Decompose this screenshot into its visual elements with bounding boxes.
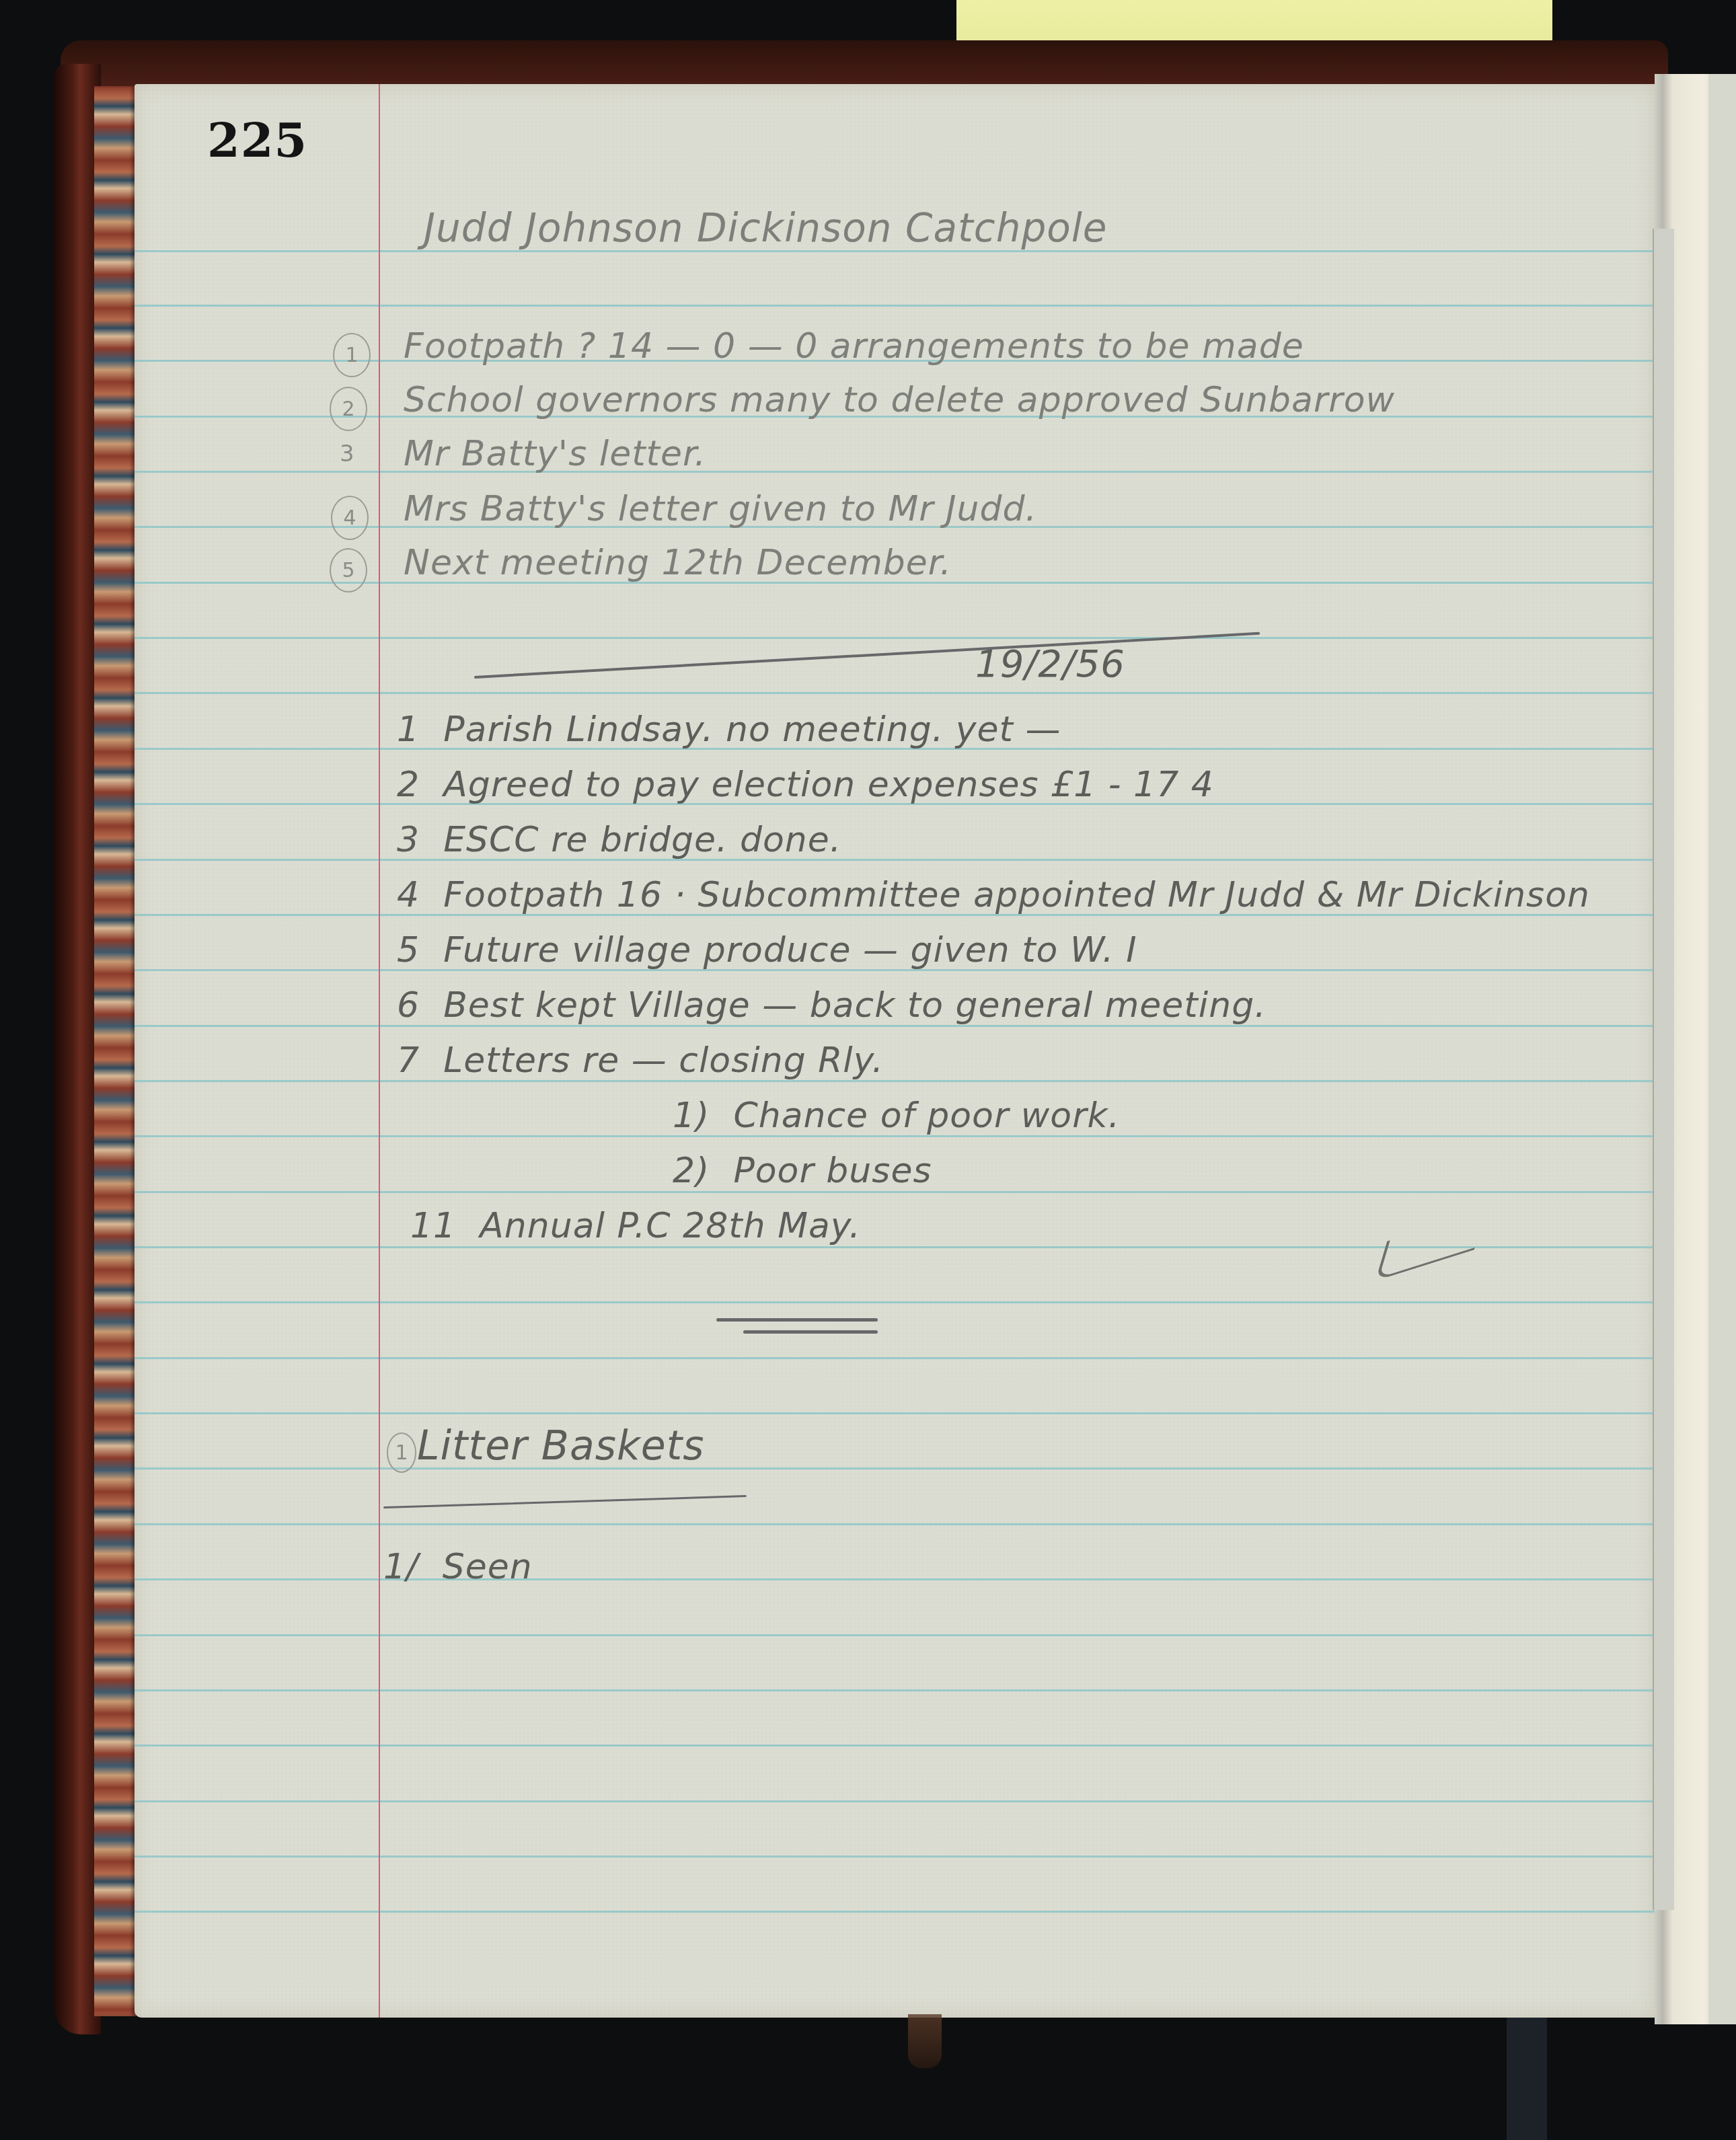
section2-item-2: 2 Agreed to pay election expenses £1 - 1… [397, 765, 1214, 805]
cover-fray [908, 2014, 942, 2068]
section3-item-1: 1/ Seen [383, 1547, 533, 1587]
ruled-line [135, 1301, 1655, 1303]
section2-item-5: 5 Future village produce — given to W. I [397, 930, 1137, 970]
ruled-line [135, 859, 1655, 861]
item-text: Future village produce — given to W. I [443, 930, 1137, 970]
ruled-line [135, 1357, 1655, 1359]
section2-item-6: 6 Best kept Village — back to general me… [397, 985, 1267, 1026]
number-3: 3 [340, 441, 354, 467]
ruled-line [135, 305, 1655, 307]
double-rule-top [716, 1318, 878, 1322]
checkmark-icon [1375, 1210, 1486, 1281]
item-marker: 5 [397, 930, 420, 970]
ruled-line [135, 1191, 1655, 1193]
circled-number-4: 4 [331, 496, 369, 540]
item-marker: 2 [397, 765, 420, 805]
circled-number-2: 2 [330, 387, 367, 431]
section1-item-3: Mr Batty's letter. [404, 434, 706, 474]
attendees-line: Judd Johnson Dickinson Catchpole [424, 205, 1108, 251]
item-marker: 4 [397, 875, 420, 915]
ruled-line [135, 1800, 1655, 1802]
separator-stroke [474, 632, 1260, 679]
book-cover-top [61, 40, 1668, 87]
ruled-line [135, 1412, 1655, 1414]
item-marker: 7 [397, 1040, 420, 1081]
item-text: Letters re — closing Rly. [443, 1040, 884, 1081]
item-text: Best kept Village — back to general meet… [443, 985, 1267, 1026]
section1-item-5: Next meeting 12th December. [404, 543, 952, 583]
page-number: 225 [207, 112, 307, 168]
circled-number-5: 5 [330, 548, 367, 593]
ruled-line [135, 1745, 1655, 1747]
circled-number-1: 1 [333, 333, 371, 377]
section3-heading: Litter Baskets [417, 1422, 704, 1469]
section1-item-2: School governors many to delete approved… [404, 380, 1395, 420]
item-text: Chance of poor work. [733, 1096, 1120, 1136]
ruled-line [135, 1689, 1655, 1691]
heading-underline [383, 1495, 747, 1508]
item-marker: 2) [673, 1151, 710, 1191]
section2-item-3: 3 ESCC re bridge. done. [397, 820, 841, 860]
circled-number-1: 1 [387, 1432, 416, 1473]
item-text: Footpath 16 · Subcommittee appointed Mr … [443, 875, 1590, 915]
ruled-line [135, 1523, 1655, 1525]
item-text: Poor buses [733, 1151, 932, 1191]
book-strap [1507, 2018, 1547, 2140]
section2-item-4: 4 Footpath 16 · Subcommittee appointed M… [397, 875, 1590, 915]
item-text: Annual P.C 28th May. [480, 1206, 861, 1246]
ruled-line [135, 471, 1655, 473]
item-marker: 3 [397, 820, 420, 860]
meeting-date: 19/2/56 [975, 642, 1125, 686]
item-text: Parish Lindsay. no meeting. yet — [443, 710, 1061, 750]
item-marker: 11 [410, 1206, 456, 1246]
item-text: ESCC re bridge. done. [443, 820, 841, 860]
item-marker: 1) [673, 1096, 710, 1136]
section2-item-1: 1 Parish Lindsay. no meeting. yet — [397, 710, 1061, 750]
section2-subitem-2: 2) Poor buses [673, 1151, 932, 1191]
section2-item-7: 7 Letters re — closing Rly. [397, 1040, 884, 1081]
marbled-page-edges [94, 86, 136, 2016]
section1-item-1: Footpath ? 14 — 0 — 0 arrangements to be… [404, 326, 1304, 367]
ruled-line [135, 1578, 1655, 1580]
item-marker: 1/ [383, 1547, 419, 1587]
item-text: Agreed to pay election expenses £1 - 17 … [443, 765, 1214, 805]
red-margin-line [379, 84, 380, 2018]
section1-item-4: Mrs Batty's letter given to Mr Judd. [404, 489, 1037, 529]
ruled-line [135, 1634, 1655, 1636]
ruled-line [135, 1911, 1655, 1913]
item-marker: 1 [397, 710, 420, 750]
double-rule-bottom [743, 1330, 878, 1334]
section2-item-11: 11 Annual P.C 28th May. [410, 1206, 861, 1246]
notebook-page: 225 Judd Johnson Dickinson Catchpole 1 F… [135, 84, 1655, 2018]
ruled-line [135, 637, 1655, 639]
bookmark-ribbon [1653, 229, 1674, 1910]
item-marker: 6 [397, 985, 420, 1026]
ruled-line [135, 692, 1655, 694]
ruled-line [135, 1856, 1655, 1858]
ruled-line [135, 1080, 1655, 1082]
item-text: Seen [443, 1547, 533, 1587]
section2-subitem-1: 1) Chance of poor work. [673, 1096, 1120, 1136]
ruled-line [135, 1467, 1655, 1469]
next-page-edge [1708, 74, 1736, 2024]
